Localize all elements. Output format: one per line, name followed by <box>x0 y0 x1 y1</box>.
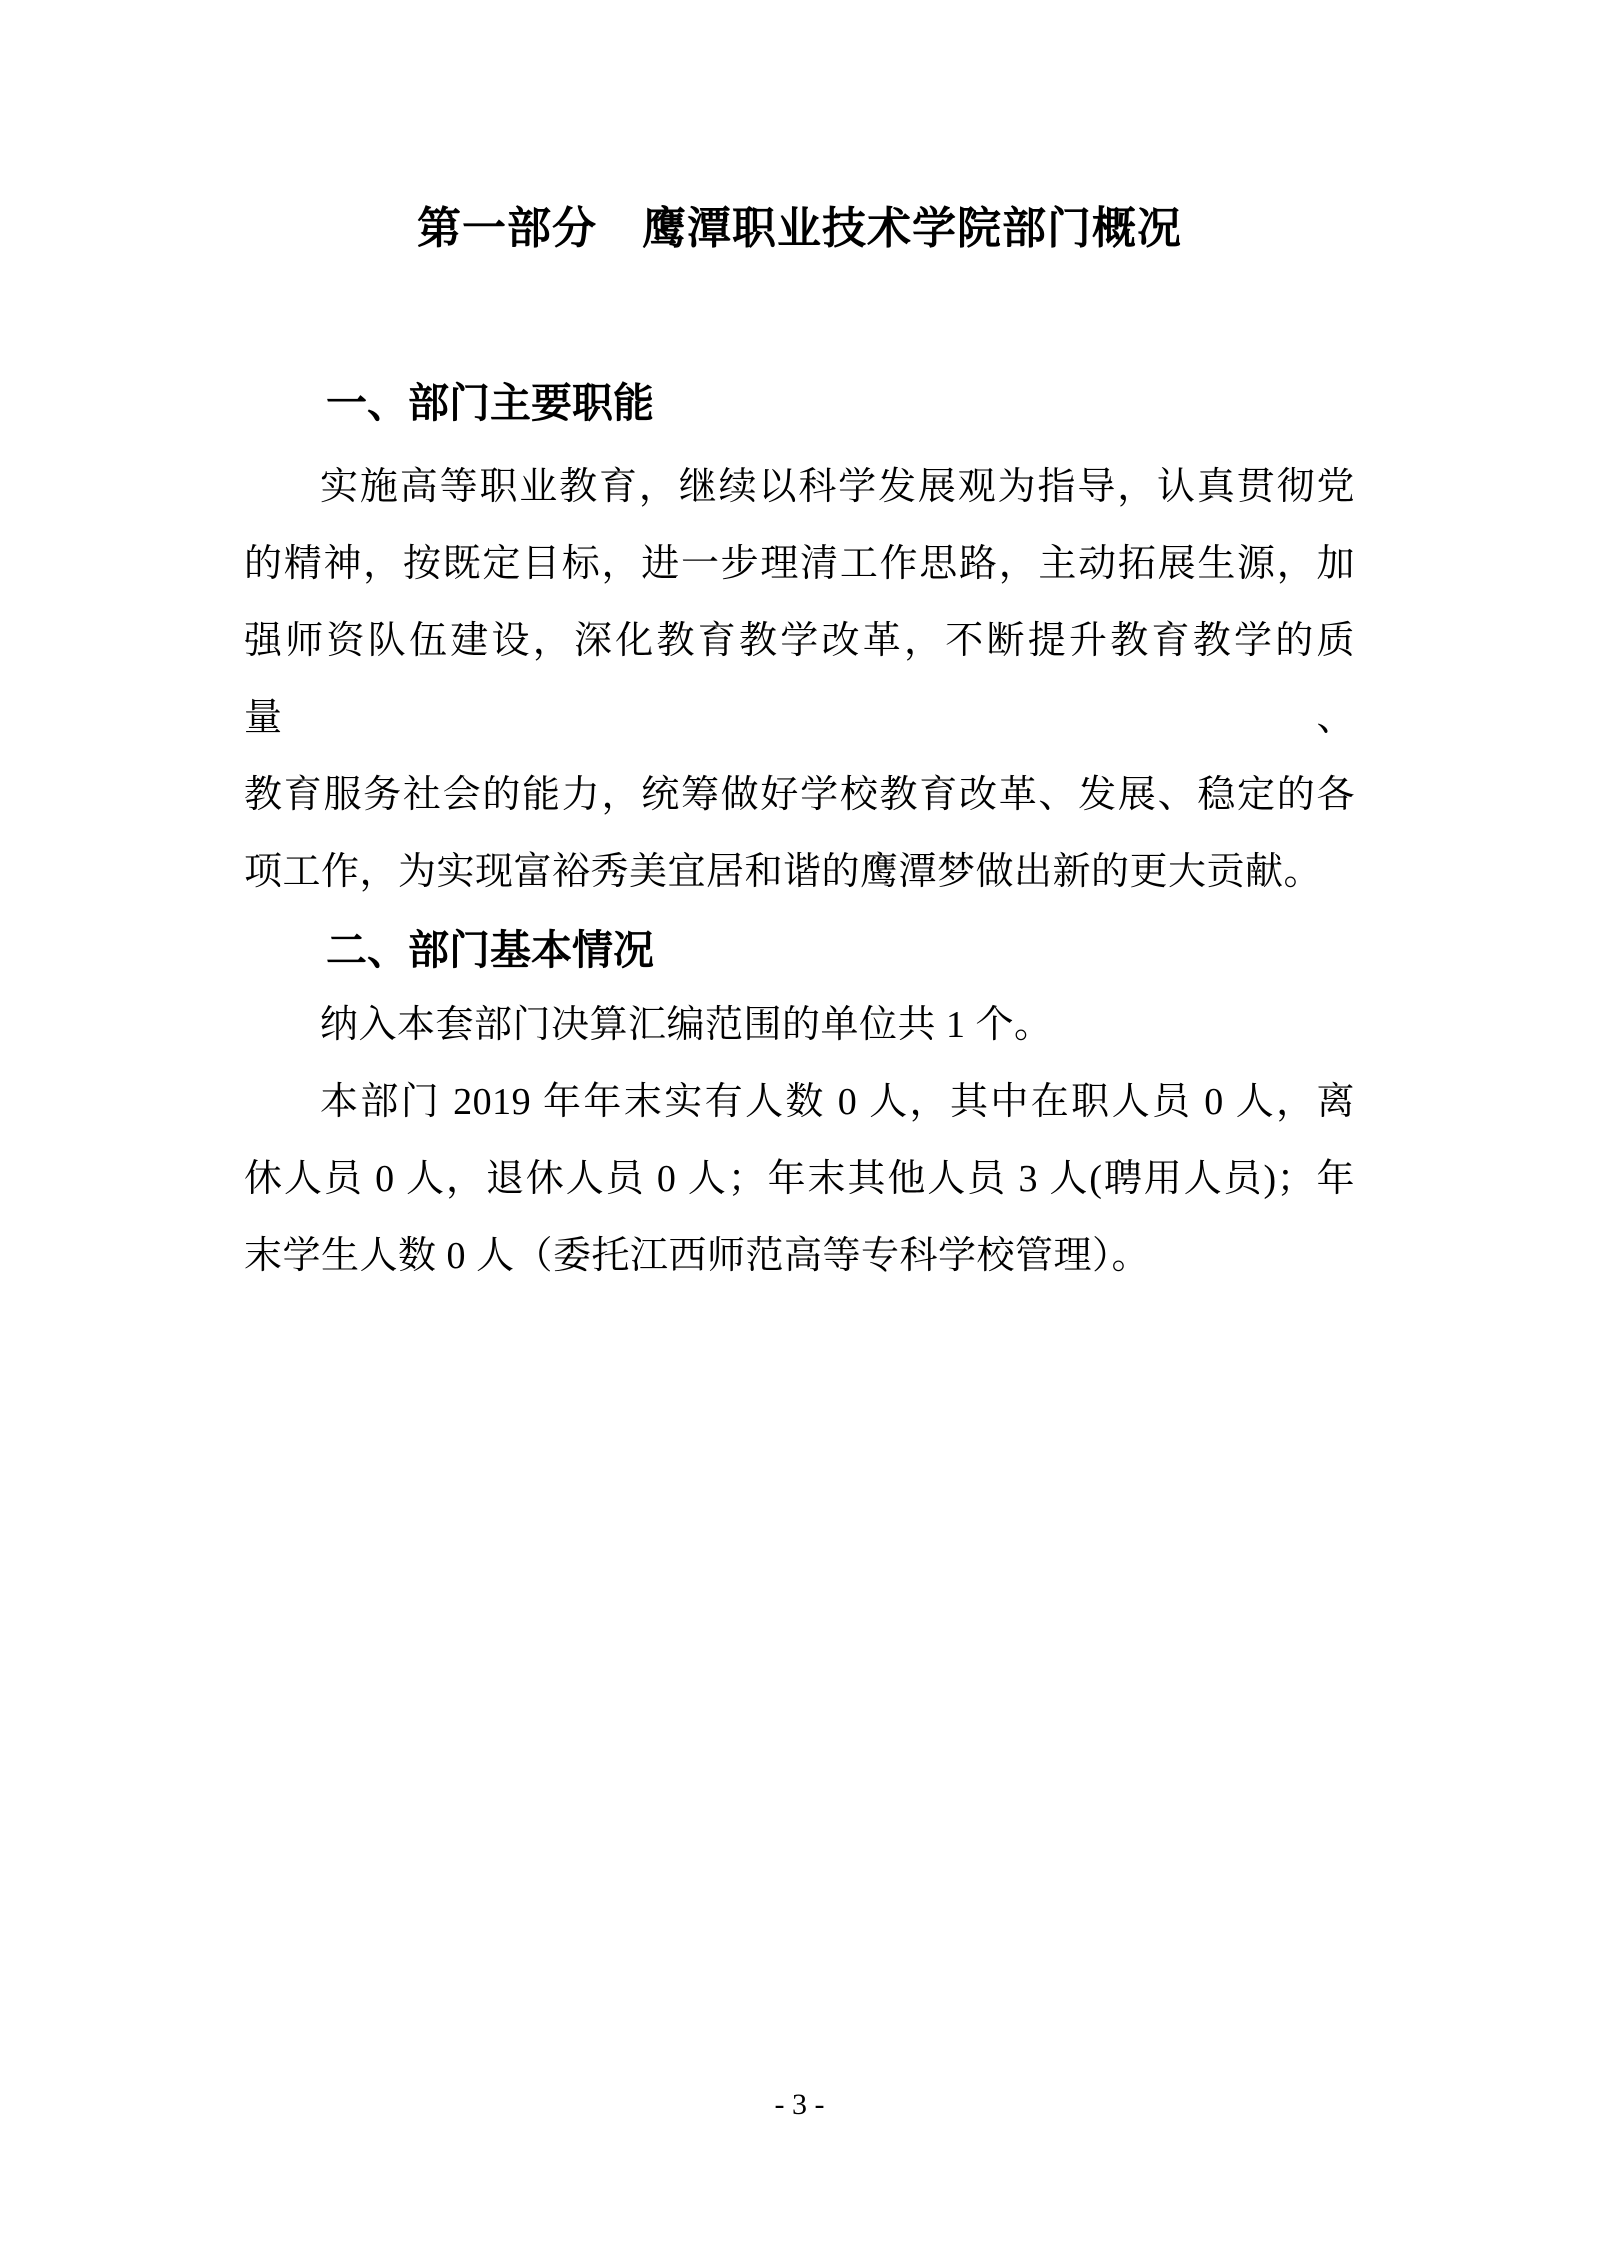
text-line: 教育服务社会的能力，统筹做好学校教育改革、发展、稳定的各 <box>244 757 1355 834</box>
document-title: 第一部分 鹰潭职业技术学院部门概况 <box>244 198 1355 260</box>
paragraph: 实施高等职业教育，继续以科学发展观为指导，认真贯彻党 的精神，按既定目标，进一步… <box>244 449 1355 911</box>
section-heading-basic-info: 二、部门基本情况 <box>244 919 1355 981</box>
text-line: 项工作，为实现富裕秀美宜居和谐的鹰潭梦做出新的更大贡献。 <box>244 834 1355 911</box>
text-line: 的精神，按既定目标，进一步理清工作思路，主动拓展生源，加 <box>244 526 1355 603</box>
text-line: 强师资队伍建设，深化教育教学改革，不断提升教育教学的质量、 <box>244 603 1355 757</box>
text-line: 休人员 0 人，退休人员 0 人；年末其他人员 3 人(聘用人员)；年 <box>244 1141 1355 1218</box>
text-line: 本部门 2019 年年末实有人数 0 人，其中在职人员 0 人，离 <box>244 1064 1355 1141</box>
paragraph: 纳入本套部门决算汇编范围的单位共 1 个。 <box>244 987 1355 1064</box>
paragraph: 本部门 2019 年年末实有人数 0 人，其中在职人员 0 人，离 休人员 0 … <box>244 1064 1355 1295</box>
section-heading-main-functions: 一、部门主要职能 <box>244 372 1355 434</box>
text-line: 实施高等职业教育，继续以科学发展观为指导，认真贯彻党 <box>244 449 1355 526</box>
document-page: 第一部分 鹰潭职业技术学院部门概况 一、部门主要职能 实施高等职业教育，继续以科… <box>0 0 1599 2262</box>
text-line: 末学生人数 0 人（委托江西师范高等专科学校管理）。 <box>244 1218 1355 1295</box>
page-number: - 3 - <box>0 2088 1599 2122</box>
text-line: 纳入本套部门决算汇编范围的单位共 1 个。 <box>244 987 1355 1064</box>
document-content: 第一部分 鹰潭职业技术学院部门概况 一、部门主要职能 实施高等职业教育，继续以科… <box>0 0 1599 1295</box>
